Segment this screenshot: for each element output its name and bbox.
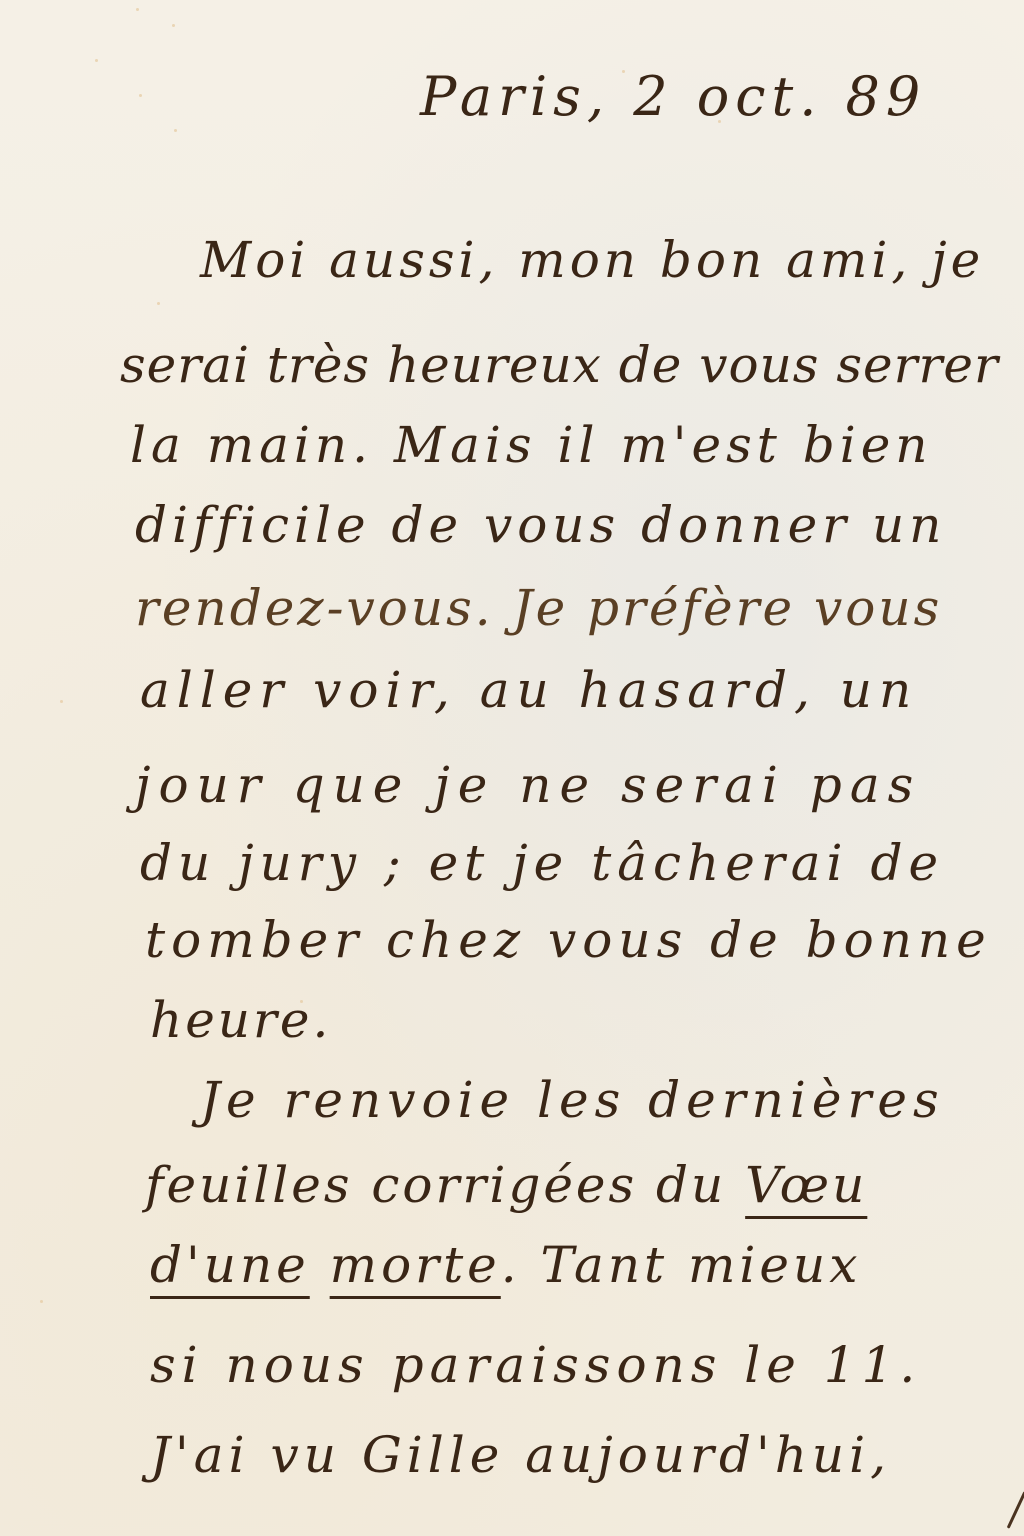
paper-speck bbox=[40, 1300, 43, 1303]
letter-line-8: du jury ; et je tâcherai de bbox=[140, 838, 944, 888]
letter-line-12: feuilles corrigées du Vœu bbox=[145, 1160, 867, 1210]
underlined-title-une: d'une bbox=[150, 1236, 310, 1294]
letter-line-14: si nous paraissons le 11. bbox=[150, 1340, 921, 1390]
letter-line-4: difficile de vous donner un bbox=[135, 500, 946, 550]
letter-page: Paris, 2 oct. 89 Moi aussi, mon bon ami,… bbox=[0, 0, 1024, 1536]
paper-speck bbox=[60, 700, 63, 703]
paper-speck bbox=[172, 24, 175, 27]
letter-line-2: serai très heureux de vous serrer bbox=[120, 340, 999, 390]
letter-line-3: la main. Mais il m'est bien bbox=[130, 420, 933, 470]
letter-line-9: tomber chez vous de bonne bbox=[145, 915, 992, 965]
letter-line-12-text: feuilles corrigées du bbox=[145, 1156, 745, 1214]
letter-dateline: Paris, 2 oct. 89 bbox=[420, 70, 926, 124]
paper-speck bbox=[136, 8, 139, 11]
paper-speck bbox=[157, 302, 160, 305]
paper-speck bbox=[139, 94, 142, 97]
letter-line-7: jour que je ne serai pas bbox=[135, 760, 921, 810]
letter-line-13: d'une morte. Tant mieux bbox=[150, 1240, 861, 1290]
underlined-title-voeu: Vœu bbox=[745, 1156, 867, 1214]
underlined-title-morte: morte bbox=[330, 1236, 501, 1294]
letter-line-6: aller voir, au hasard, un bbox=[140, 665, 918, 715]
letter-line-5: rendez-vous. Je préfère vous bbox=[135, 583, 942, 633]
letter-line-13-text: . Tant mieux bbox=[501, 1236, 862, 1294]
letter-line-10: heure. bbox=[150, 995, 331, 1045]
letter-line-13-space bbox=[310, 1236, 330, 1294]
letter-line-1: Moi aussi, mon bon ami, je bbox=[200, 235, 984, 285]
letter-line-11: Je renvoie les dernières bbox=[200, 1075, 945, 1125]
letter-line-15: J'ai vu Gille aujourd'hui, bbox=[150, 1430, 891, 1480]
paper-speck bbox=[95, 59, 98, 62]
ink-stroke-continuation bbox=[1007, 1491, 1024, 1529]
paper-speck bbox=[174, 129, 177, 132]
